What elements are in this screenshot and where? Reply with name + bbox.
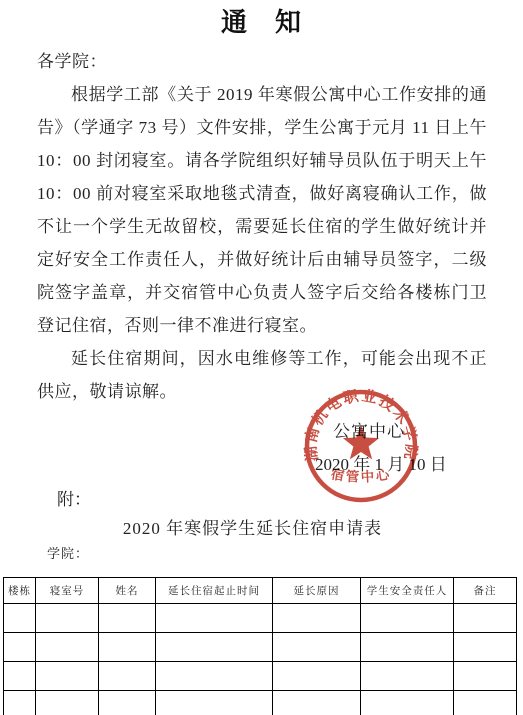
accommodation-application-table: 楼栋 寝室号 姓名 延长住宿起止时间 延长原因 学生安全责任人 备注: [3, 577, 517, 715]
col-header-remarks: 备注: [454, 578, 517, 604]
cell-remarks[interactable]: [454, 662, 517, 691]
cell-room-number[interactable]: [36, 633, 99, 662]
cell-remarks[interactable]: [454, 691, 517, 715]
cell-room-number[interactable]: [36, 691, 99, 715]
col-header-safety-responsible: 学生安全责任人: [361, 578, 454, 604]
col-header-name: 姓名: [99, 578, 156, 604]
cell-name[interactable]: [99, 604, 156, 633]
notice-body: 各学院： 根据学工部《关于 2019 年寒假公寓中心工作安排的通 告》（学通字 …: [37, 45, 487, 408]
cell-name[interactable]: [99, 691, 156, 715]
svg-text:宿管中心: 宿管中心: [330, 465, 393, 484]
cell-remarks[interactable]: [454, 633, 517, 662]
cell-extension-reason[interactable]: [273, 633, 361, 662]
notice-document: 通 知 各学院： 根据学工部《关于 2019 年寒假公寓中心工作安排的通 告》（…: [0, 0, 523, 715]
notice-line: 登记住宿，否则一律不准进行寝室。: [37, 309, 487, 342]
table-row: [4, 604, 517, 633]
table-row: [4, 633, 517, 662]
stamp-bottom-text: 宿管中心: [330, 465, 393, 484]
page-title: 通 知: [0, 2, 523, 39]
cell-room-number[interactable]: [36, 604, 99, 633]
col-header-room-number: 寝室号: [36, 578, 99, 604]
cell-extension-period[interactable]: [156, 691, 273, 715]
cell-safety-responsible[interactable]: [361, 633, 454, 662]
cell-building[interactable]: [4, 604, 36, 633]
cell-safety-responsible[interactable]: [361, 604, 454, 633]
cell-name[interactable]: [99, 633, 156, 662]
form-title: 2020 年寒假学生延长住宿申请表: [0, 514, 505, 539]
salutation: 各学院：: [37, 45, 487, 78]
cell-extension-period[interactable]: [156, 662, 273, 691]
notice-line: 延长住宿期间，因水电维修等工作，可能会出现不正常: [37, 342, 487, 375]
cell-extension-reason[interactable]: [273, 604, 361, 633]
table-row: [4, 691, 517, 715]
col-header-extension-reason: 延长原因: [273, 578, 361, 604]
cell-extension-period[interactable]: [156, 604, 273, 633]
official-seal-stamp: 湖南机电职业技术学院 宿管中心: [299, 384, 423, 508]
cell-extension-reason[interactable]: [273, 662, 361, 691]
cell-safety-responsible[interactable]: [361, 691, 454, 715]
cell-extension-period[interactable]: [156, 633, 273, 662]
col-header-building: 楼栋: [4, 578, 36, 604]
notice-line: 告》（学通字 73 号）文件安排，学生公寓于元月 11 日上午: [37, 111, 487, 144]
cell-safety-responsible[interactable]: [361, 662, 454, 691]
notice-line: 10：00 前对寝室采取地毯式清查，做好离寝确认工作，做到: [37, 177, 487, 210]
cell-room-number[interactable]: [36, 662, 99, 691]
cell-building[interactable]: [4, 662, 36, 691]
college-field-label: 学院：: [47, 543, 89, 562]
cell-remarks[interactable]: [454, 604, 517, 633]
col-header-extension-period: 延长住宿起止时间: [156, 578, 273, 604]
notice-line: 定好安全工作责任人，并做好统计后由辅导员签字，二级学: [37, 243, 487, 276]
cell-building[interactable]: [4, 633, 36, 662]
notice-line: 根据学工部《关于 2019 年寒假公寓中心工作安排的通: [37, 78, 487, 111]
cell-name[interactable]: [99, 662, 156, 691]
notice-line: 10：00 封闭寝室。请各学院组织好辅导员队伍于明天上午: [37, 144, 487, 177]
cell-extension-reason[interactable]: [273, 691, 361, 715]
notice-line: 不让一个学生无故留校，需要延长住宿的学生做好统计并确: [37, 210, 487, 243]
stamp-star-icon: [343, 425, 379, 459]
table-row: [4, 662, 517, 691]
table-header-row: 楼栋 寝室号 姓名 延长住宿起止时间 延长原因 学生安全责任人 备注: [4, 578, 517, 604]
notice-line: 院签字盖章，并交宿管中心负责人签字后交给各楼栋门卫室: [37, 276, 487, 309]
attachment-label: 附：: [57, 485, 91, 510]
cell-building[interactable]: [4, 691, 36, 715]
